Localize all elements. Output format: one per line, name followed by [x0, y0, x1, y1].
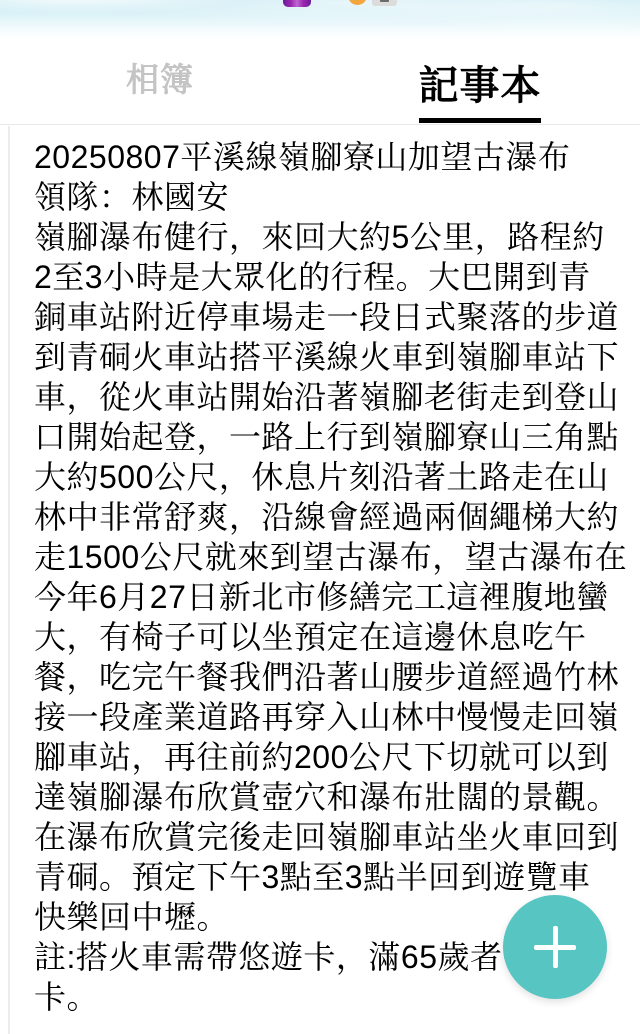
note-line: 大，有椅子可以坐預定在這邊休息吃午: [34, 617, 616, 657]
note-line: 車，從火車站開始沿著嶺腳老街走到登山: [34, 377, 616, 417]
note-line: 大約500公尺，休息片刻沿著土路走在山: [34, 457, 616, 497]
note-line: 銅車站附近停車場走一段日式聚落的步道: [34, 297, 616, 337]
note-line: 接一段產業道路再穿入山林中慢慢走回嶺: [34, 697, 616, 737]
note-line: 口開始起登，一路上行到嶺腳寮山三角點: [34, 417, 616, 457]
note-line: 到青硐火車站搭平溪線火車到嶺腳車站下: [34, 337, 616, 377]
note-line: 腳車站，再往前約200公尺下切就可以到: [34, 737, 616, 777]
note-text: 20250807平溪線嶺腳寮山加望古瀑布領隊：林國安嶺腳瀑布健行，來回大約5公里…: [34, 137, 616, 1017]
page-edge-divider: [8, 126, 10, 1034]
sky-header: [0, 0, 640, 46]
tab-bar: 相簿 記事本: [0, 46, 640, 125]
tab-notebook-label: 記事本: [419, 54, 542, 111]
note-line: 2至3小時是大眾化的行程。大巴開到青: [34, 257, 616, 297]
note-line: 達嶺腳瀑布欣賞壺穴和瀑布壯闊的景觀。: [34, 777, 616, 817]
active-tab-underline: [419, 118, 541, 123]
purple-emoji-fragment-icon: [283, 0, 311, 7]
note-line: 嶺腳瀑布健行，來回大約5公里，路程約: [34, 217, 616, 257]
gray-emoji-fragment-icon: [372, 0, 397, 6]
add-note-button[interactable]: [503, 895, 607, 999]
tab-album[interactable]: 相簿: [0, 46, 320, 124]
notebook-screen: 相簿 記事本 20250807平溪線嶺腳寮山加望古瀑布領隊：林國安嶺腳瀑布健行，…: [0, 0, 640, 1034]
orange-emoji-fragment-icon: [348, 0, 367, 5]
note-line: 餐，吃完午餐我們沿著山腰步道經過竹林: [34, 657, 616, 697]
note-line: 林中非常舒爽，沿線會經過兩個繩梯大約: [34, 497, 616, 537]
tab-album-label: 相簿: [126, 54, 194, 101]
note-line: 在瀑布欣賞完後走回嶺腳車站坐火車回到: [34, 817, 616, 857]
note-line: 今年6月27日新北市修繕完工這裡腹地蠻: [34, 577, 616, 617]
note-line: 走1500公尺就來到望古瀑布，望古瀑布在: [34, 537, 616, 577]
note-line: 20250807平溪線嶺腳寮山加望古瀑布: [34, 137, 616, 177]
note-line: 領隊：林國安: [34, 177, 616, 217]
note-line: 青硐。預定下午3點至3點半回到遊覽車: [34, 857, 616, 897]
tab-notebook[interactable]: 記事本: [320, 46, 640, 124]
